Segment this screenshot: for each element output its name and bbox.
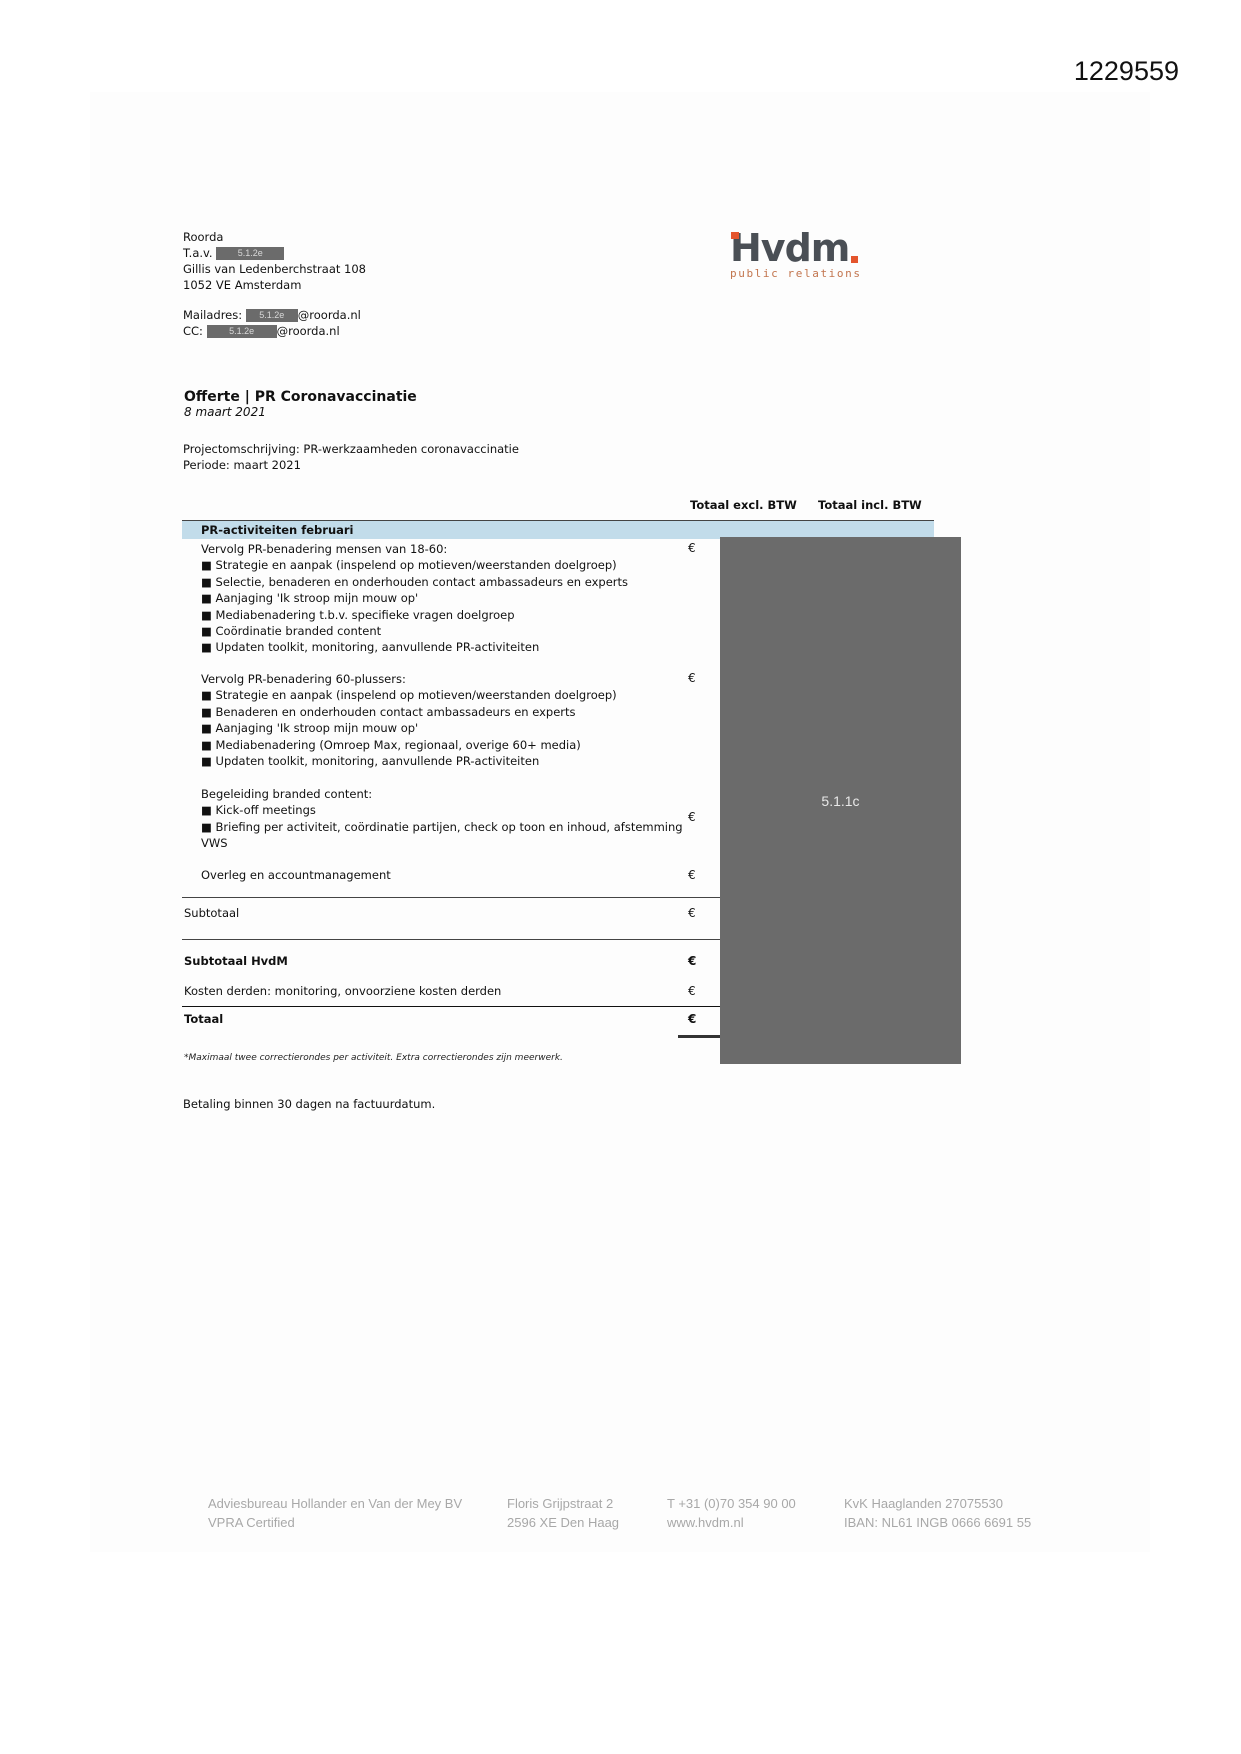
divider (182, 1006, 722, 1007)
logo-accent-square-icon (851, 256, 858, 263)
recipient-tav: T.a.v. 5.1.2e (183, 245, 366, 261)
third-party-costs-label: Kosten derden: monitoring, onvoorziene k… (184, 984, 501, 998)
currency-sign: € (688, 1012, 696, 1026)
redaction-box: 5.1.2e (246, 309, 298, 322)
document-number: 1229559 (1074, 56, 1179, 87)
currency-sign: € (688, 671, 696, 685)
recipient-mail: Mailadres: 5.1.2e@roorda.nl (183, 307, 366, 323)
line-item-group: Vervolg PR-benadering mensen van 18-60: … (201, 541, 628, 656)
offer-title: Offerte | PR Coronavaccinatie (184, 389, 417, 405)
recipient-company: Roorda (183, 229, 366, 245)
logo-accent-square-icon (731, 232, 739, 239)
line-item-group: Vervolg PR-benadering 60-plussers: ■ Str… (201, 671, 617, 769)
recipient-street: Gillis van Ledenberchstraat 108 (183, 261, 366, 277)
currency-sign: € (688, 906, 696, 920)
project-description: Projectomschrijving: PR-werkzaamheden co… (183, 441, 519, 457)
currency-sign: € (688, 984, 696, 998)
project-period: Periode: maart 2021 (183, 457, 519, 473)
currency-sign: € (688, 868, 696, 882)
redaction-box: 5.1.2e (216, 247, 284, 260)
subtotal-label: Subtotaal (184, 906, 239, 920)
footer-contact: T +31 (0)70 354 90 00 www.hvdm.nl (667, 1494, 796, 1532)
divider (182, 897, 722, 898)
footnote: *Maximaal twee correctierondes per activ… (184, 1053, 563, 1063)
footer-address: Floris Grijpstraat 2 2596 XE Den Haag (507, 1494, 619, 1532)
footer-registration: KvK Haaglanden 27075530 IBAN: NL61 INGB … (844, 1494, 1031, 1532)
payment-terms: Betaling binnen 30 dagen na factuurdatum… (183, 1097, 435, 1111)
column-header-incl-btw: Totaal incl. BTW (818, 498, 922, 512)
offer-date: 8 maart 2021 (184, 405, 417, 419)
subtotal-hvdm-label: Subtotaal HvdM (184, 954, 288, 968)
amounts-redaction-box: 5.1.1c (720, 537, 961, 1064)
project-info: Projectomschrijving: PR-werkzaamheden co… (183, 441, 519, 473)
offer-heading: Offerte | PR Coronavaccinatie 8 maart 20… (184, 389, 417, 419)
currency-sign: € (688, 541, 696, 555)
footer-company: Adviesbureau Hollander en Van der Mey BV… (208, 1494, 462, 1532)
total-underline (678, 1035, 722, 1038)
redaction-box: 5.1.2e (207, 325, 277, 338)
line-item-overleg: Overleg en accountmanagement (201, 868, 391, 882)
recipient-city: 1052 VE Amsterdam (183, 277, 366, 293)
recipient-address: Roorda T.a.v. 5.1.2e Gillis van Ledenber… (183, 229, 366, 339)
hvdm-logo: Hvdm public relations (730, 230, 870, 280)
currency-sign: € (688, 954, 696, 968)
logo-wordmark: Hvdm (730, 230, 870, 266)
currency-sign: € (688, 810, 696, 824)
column-header-excl-btw: Totaal excl. BTW (690, 498, 797, 512)
line-item-group: Begeleiding branded content: ■ Kick-off … (201, 786, 683, 852)
divider (182, 939, 722, 940)
recipient-cc: CC: 5.1.2e@roorda.nl (183, 323, 366, 339)
total-label: Totaal (184, 1012, 223, 1026)
